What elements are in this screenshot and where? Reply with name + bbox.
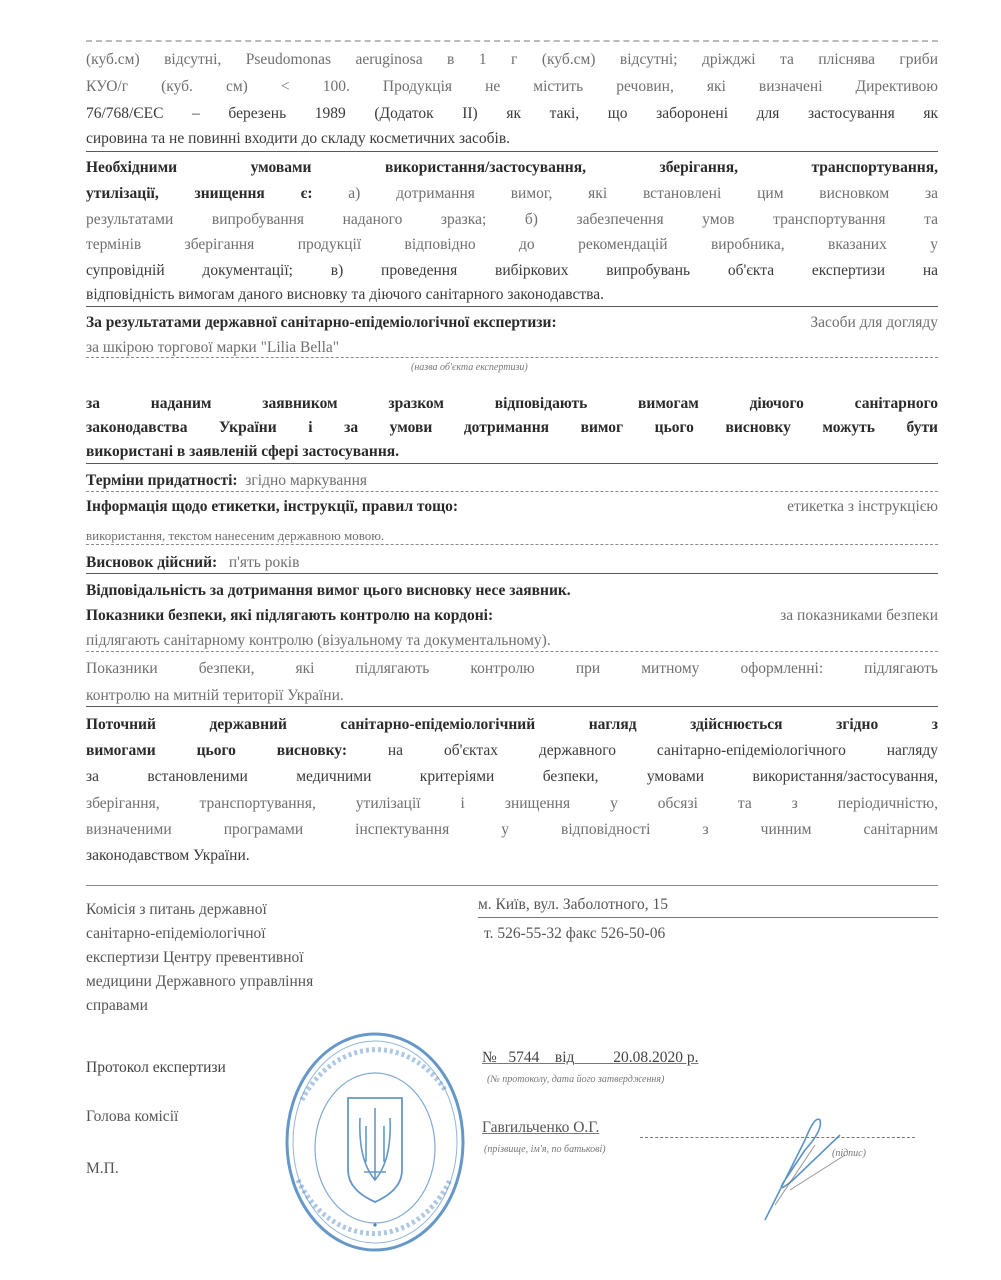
text-line: супровідній документації; в) проведення … [86, 261, 938, 281]
chair-caption: (прізвище, ім'я, по батькові) [484, 1144, 606, 1155]
fill-line [86, 491, 938, 492]
validity-line: Висновок дійсний: п'ять років [86, 553, 938, 573]
top-torn-edge [86, 40, 938, 42]
divider [86, 706, 938, 707]
commission-line: санітарно-епідеміологічної [86, 922, 416, 946]
border-control-label: Показники безпеки, які підлягають контро… [86, 606, 493, 626]
protocol-date: 20.08.2020 р. [613, 1049, 698, 1066]
text-line: відповідність вимогам даного висновку та… [86, 285, 938, 305]
validity-value: п'ять років [229, 554, 300, 571]
responsibility: Відповідальність за дотримання вимог цьо… [86, 581, 938, 601]
product-caption: (назва об'єкта експертизи) [411, 362, 528, 373]
commission-block: Комісія з питань державної санітарно-епі… [86, 898, 416, 1018]
text-line: сировина та не повинні входити до складу… [86, 129, 938, 149]
border-control-value: за показниками безпеки [780, 606, 938, 626]
seal-label: М.П. [86, 1157, 119, 1181]
text-line: 76/768/ЄЕС – березень 1989 (Додаток II) … [86, 104, 938, 124]
protocol-number: 5744 [508, 1049, 539, 1066]
expertise-value: Засоби для догляду [810, 313, 938, 333]
supervision-line: вимогами цього висновку: на об'єктах дер… [86, 741, 938, 761]
commission-line: медицини Державного управління [86, 970, 416, 994]
protocol-number-line: № 5744 від 20.08.2020 р. [482, 1046, 698, 1070]
bold-span: вимогами цього висновку: [86, 742, 347, 759]
bold-span: утилізації, знищення є: [86, 185, 312, 202]
supervision-line: визначеними програмами інспектування у в… [86, 820, 938, 840]
text-line: (куб.см) відсутні, Pseudomonas aeruginos… [86, 50, 938, 70]
shelf-life-value: згідно маркування [245, 472, 367, 489]
text-line: використані в заявленій сфері застосуван… [86, 442, 938, 462]
divider [86, 885, 938, 886]
supervision-line: за встановленими медичними критеріями бе… [86, 767, 938, 787]
label-info-label: Інформація щодо етикетки, інструкції, пр… [86, 497, 458, 517]
customs-line: Показники безпеки, які підлягають контро… [86, 659, 938, 679]
product-name: за шкірою торгової марки "Lilia Bella" [86, 338, 938, 358]
border-control-value-cont: підлягають санітарному контролю (візуаль… [86, 631, 938, 651]
text-span: а) дотримання вимог, які встановлені цим… [312, 185, 938, 202]
divider [86, 306, 938, 307]
commission-line: справами [86, 994, 416, 1018]
expertise-label: За результатами державної санітарно-епід… [86, 313, 557, 333]
label-info-line: Інформація щодо етикетки, інструкції, пр… [86, 497, 938, 517]
signature-icon [745, 1095, 855, 1225]
commission-line: експертизи Центру превентивної [86, 946, 416, 970]
chair-name: Гавrильченко О.Г. [482, 1116, 599, 1140]
shelf-life-label: Терміни придатності: [86, 472, 238, 489]
conditions-heading: Необхідними умовами використання/застосу… [86, 158, 938, 178]
number-sign: № [482, 1049, 497, 1066]
fill-line [86, 357, 938, 358]
commission-line: Комісія з питань державної [86, 898, 416, 922]
fill-line [86, 544, 938, 545]
supervision-line: законодавством України. [86, 846, 938, 866]
text-line: термінів зберігання продукції відповідно… [86, 235, 938, 255]
text-line: утилізації, знищення є: а) дотримання ви… [86, 184, 938, 204]
text-line: законодавства України і за умови дотрима… [86, 418, 938, 438]
protocol-label: Протокол експертизи [86, 1056, 226, 1080]
chair-label: Голова комісії [86, 1105, 178, 1129]
phone: т. 526-55-32 факс 526-50-06 [484, 922, 665, 946]
expertise-result-line: За результатами державної санітарно-епід… [86, 313, 938, 333]
supervision-line: зберігання, транспортування, утилізації … [86, 794, 938, 814]
divider [86, 463, 938, 464]
protocol-caption: (№ протоколу, дата його затвердження) [487, 1074, 664, 1085]
divider [86, 573, 938, 574]
border-control-line: Показники безпеки, які підлягають контро… [86, 606, 938, 626]
label-info-value: етикетка з інструкцією [787, 497, 938, 517]
validity-label: Висновок дійсний: [86, 554, 217, 571]
supervision-heading: Поточний державний санітарно-епідеміолог… [86, 715, 938, 735]
divider [86, 151, 938, 152]
text-line: результатами випробування наданого зразк… [86, 210, 938, 230]
fill-line [86, 651, 938, 652]
shelf-life-line: Терміни придатності: згідно маркування [86, 471, 938, 491]
protocol-from: від [555, 1049, 575, 1066]
label-info-value-cont: використання, текстом нанесеним державно… [86, 526, 938, 546]
address: м. Київ, вул. Заболотного, 15 [478, 893, 938, 918]
text-line: КУО/г (куб. см) < 100. Продукція не міст… [86, 77, 938, 97]
customs-line: контролю на митній території України. [86, 686, 938, 706]
official-stamp-icon [280, 1030, 470, 1255]
text-span: на об'єктах державного санітарно-епідемі… [347, 742, 938, 759]
text-line: за наданим заявником зразком відповідают… [86, 394, 938, 414]
